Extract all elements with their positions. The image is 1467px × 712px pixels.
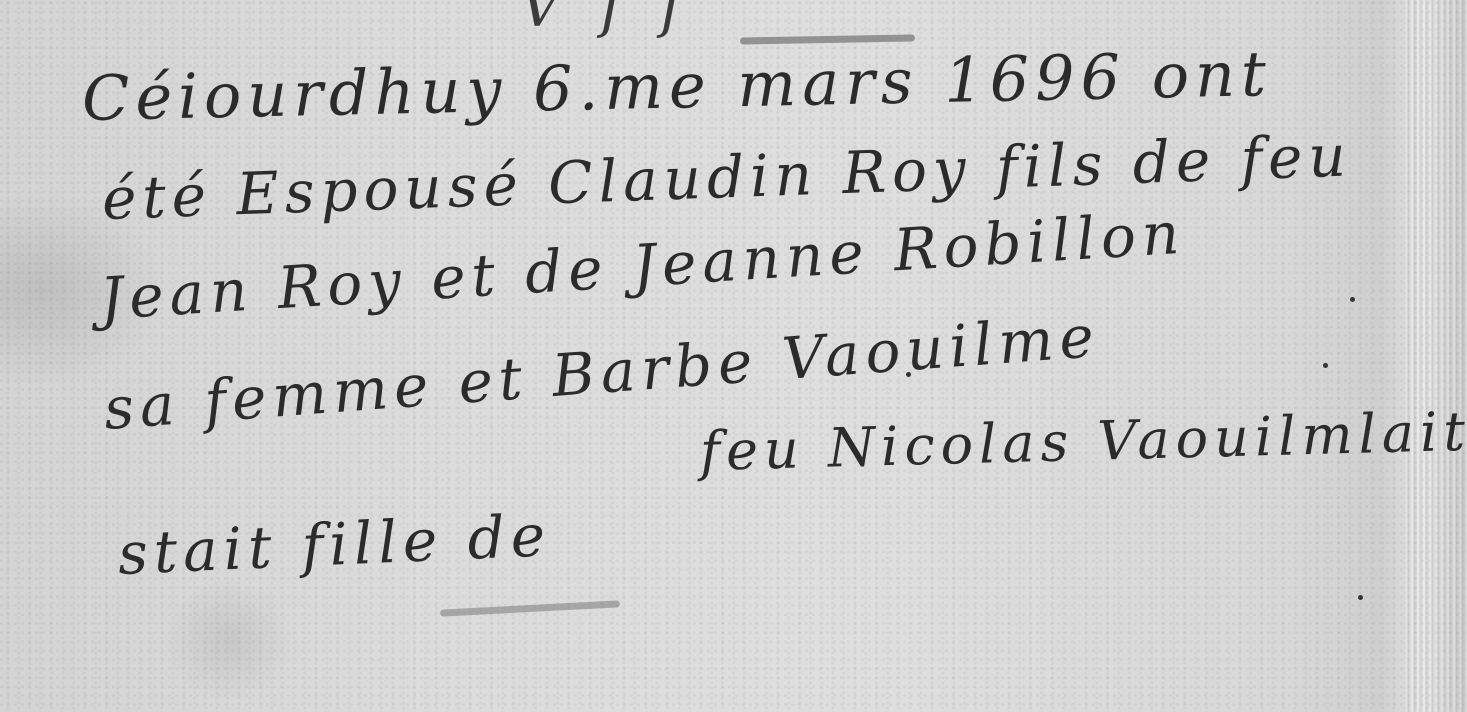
handwritten-line-5: feu Nicolas Vaouilmlait [699,400,1467,483]
register-page: V f f Céiourdhuy 6.me mars 1696 ont été … [0,0,1467,712]
top-cut-off-text: V f f [520,0,692,40]
ink-stroke-bottom [440,600,620,616]
ink-speck [906,372,911,377]
ink-speck [1323,363,1328,368]
handwritten-line-6: stait fille de [117,501,553,588]
ink-speck [1358,595,1363,600]
binding-fold [1405,0,1467,712]
handwritten-line-1: Céiourdhuy 6.me mars 1696 ont [81,37,1272,135]
ink-stroke-top [740,34,915,44]
ink-speck [1350,297,1355,302]
